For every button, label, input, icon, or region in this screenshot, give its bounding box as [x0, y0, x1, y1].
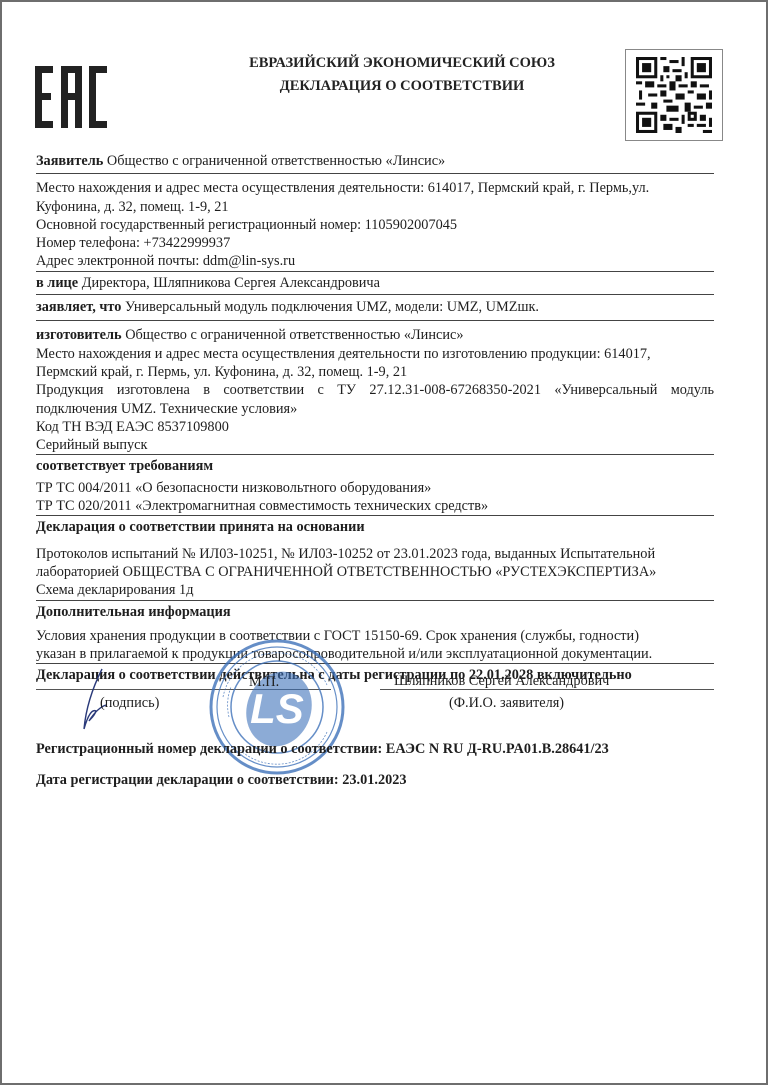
applicant-ogrn: Основной государственный регистрационный…	[36, 216, 714, 234]
registration-number: Регистрационный номер декларации о соотв…	[36, 741, 609, 758]
signature-area: (подпись) LS М.П. Шляпников Сергей Алекс…	[2, 627, 766, 787]
basis-heading: Декларация о соответствии принята на осн…	[36, 518, 714, 536]
basis-line-1: Протоколов испытаний № ИЛ03-10251, № ИЛ0…	[36, 545, 714, 563]
declares-label: заявляет, что	[36, 299, 121, 315]
manufacturer-address-1: Место нахождения и адрес места осуществл…	[36, 345, 714, 363]
manufacturer-name: Общество с ограниченной ответственностью…	[122, 327, 464, 343]
svg-text:LS: LS	[250, 685, 304, 732]
signature-label: (подпись)	[100, 695, 159, 712]
applicant-full-name: Шляпников Сергей Александрович	[394, 673, 609, 690]
requirements-heading: соответствует требованиям	[36, 457, 714, 478]
stamp-place-label: М.П.	[249, 674, 279, 691]
manufacturer-tu-1: Продукция изготовлена в соответствии с Т…	[36, 381, 714, 399]
applicant-address-2: Куфонина, д. 32, помещ. 1-9, 21	[36, 198, 714, 216]
applicant-address-1: Место нахождения и адрес места осуществл…	[36, 179, 714, 197]
union-title: ЕВРАЗИЙСКИЙ ЭКОНОМИЧЕСКИЙ СОЮЗ	[202, 52, 602, 75]
declaration-title: ДЕКЛАРАЦИЯ О СООТВЕТСТВИИ	[202, 75, 602, 98]
qr-code-icon	[636, 57, 712, 133]
release-type: Серийный выпуск	[36, 436, 714, 455]
tn-ved-code: Код ТН ВЭД ЕАЭС 8537109800	[36, 418, 714, 436]
declaration-body: Заявитель Общество с ограниченной ответс…	[36, 152, 714, 685]
fio-label: (Ф.И.О. заявителя)	[449, 695, 564, 712]
manufacturer-row: изготовитель Общество с ограниченной отв…	[36, 326, 714, 344]
applicant-name: Общество с ограниченной ответственностью…	[103, 153, 445, 169]
declaration-scheme: Схема декларирования 1д	[36, 581, 714, 600]
applicant-row: Заявитель Общество с ограниченной ответс…	[36, 152, 714, 174]
applicant-label: Заявитель	[36, 153, 103, 169]
declares-value: Универсальный модуль подключения UMZ, мо…	[121, 299, 539, 315]
manufacturer-tu-2: подключения UMZ. Технические условия»	[36, 400, 714, 418]
additional-heading: Дополнительная информация	[36, 603, 714, 621]
eac-logo-icon	[35, 66, 107, 128]
requirement-item: ТР ТС 004/2011 «О безопасности низковоль…	[36, 479, 714, 497]
representative-row: в лице Директора, Шляпникова Сергея Алек…	[36, 274, 714, 295]
requirement-item: ТР ТС 020/2011 «Электромагнитная совмест…	[36, 497, 714, 516]
qr-code-box	[625, 49, 723, 141]
manufacturer-address-2: Пермский край, г. Пермь, ул. Куфонина, д…	[36, 363, 714, 381]
manufacturer-label: изготовитель	[36, 327, 122, 343]
declaration-page: ЕВРАЗИЙСКИЙ ЭКОНОМИЧЕСКИЙ СОЮЗ ДЕКЛАРАЦИ…	[0, 0, 768, 1085]
declares-row: заявляет, что Универсальный модуль подкл…	[36, 298, 714, 321]
applicant-email: Адрес электронной почты: ddm@lin-sys.ru	[36, 252, 714, 271]
representative-value: Директора, Шляпникова Сергея Александров…	[78, 275, 380, 291]
applicant-phone: Номер телефона: +73422999937	[36, 234, 714, 252]
registration-date: Дата регистрации декларации о соответств…	[36, 772, 407, 789]
document-title: ЕВРАЗИЙСКИЙ ЭКОНОМИЧЕСКИЙ СОЮЗ ДЕКЛАРАЦИ…	[202, 52, 602, 98]
basis-line-2: лабораторией ОБЩЕСТВА С ОГРАНИЧЕННОЙ ОТВ…	[36, 563, 714, 581]
representative-label: в лице	[36, 275, 78, 291]
